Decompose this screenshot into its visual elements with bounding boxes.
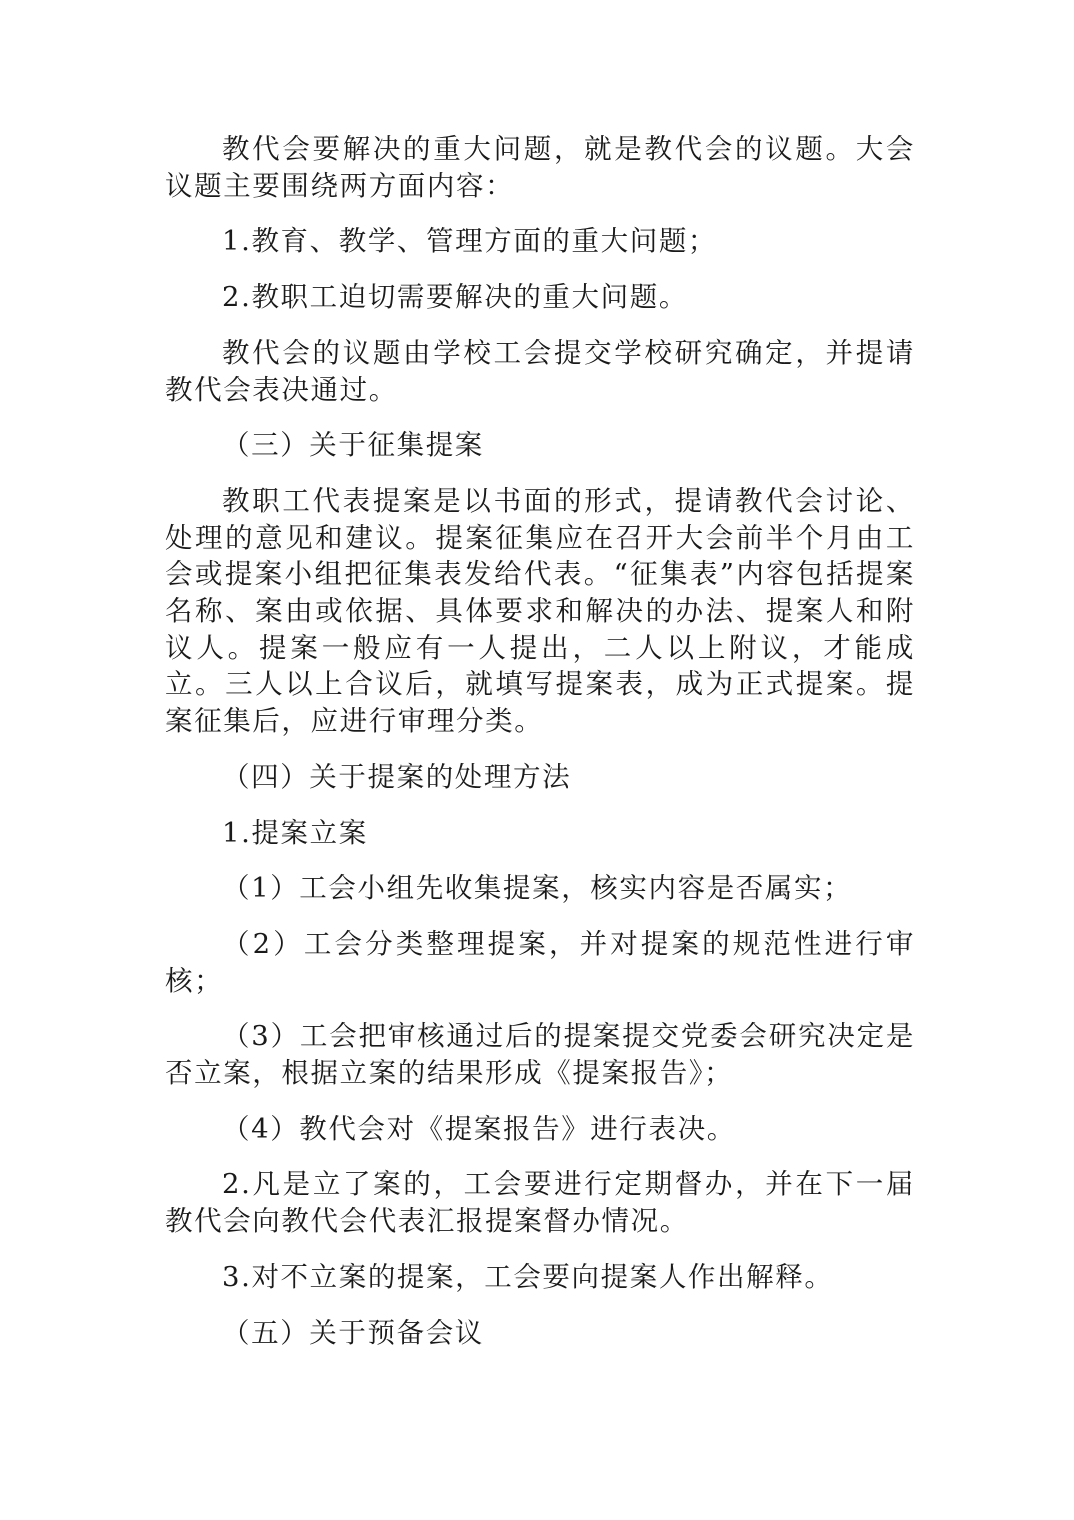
list-item-supervision: 2.凡是立了案的，工会要进行定期督办，并在下一届教代会向教代会代表汇报提案督办情…: [165, 1166, 915, 1239]
section-heading-4: （四）关于提案的处理方法: [165, 759, 915, 796]
paragraph-agenda-approval: 教代会的议题由学校工会提交学校研究确定，并提请教代会表决通过。: [165, 335, 915, 408]
list-item-step-1: （1）工会小组先收集提案，核实内容是否属实；: [165, 870, 915, 907]
list-item-step-4: （4）教代会对《提案报告》进行表决。: [165, 1111, 915, 1148]
paragraph-proposal-collection: 教职工代表提案是以书面的形式，提请教代会讨论、处理的意见和建议。提案征集应在召开…: [165, 483, 915, 740]
document-page: 教代会要解决的重大问题，就是教代会的议题。大会议题主要围绕两方面内容： 1.教育…: [165, 131, 915, 1351]
list-item-rejection: 3.对不立案的提案，工会要向提案人作出解释。: [165, 1259, 915, 1296]
list-item-step-3: （3）工会把审核通过后的提案提交党委会研究决定是否立案，根据立案的结果形成《提案…: [165, 1018, 915, 1091]
list-item-agenda-1: 1.教育、教学、管理方面的重大问题；: [165, 223, 915, 260]
list-item-agenda-2: 2.教职工迫切需要解决的重大问题。: [165, 279, 915, 316]
section-heading-5: （五）关于预备会议: [165, 1315, 915, 1352]
section-heading-3: （三）关于征集提案: [165, 427, 915, 464]
list-item-proposal-filing: 1.提案立案: [165, 815, 915, 852]
list-item-step-2: （2）工会分类整理提案，并对提案的规范性进行审核；: [165, 926, 915, 999]
paragraph-agenda-intro: 教代会要解决的重大问题，就是教代会的议题。大会议题主要围绕两方面内容：: [165, 131, 915, 204]
